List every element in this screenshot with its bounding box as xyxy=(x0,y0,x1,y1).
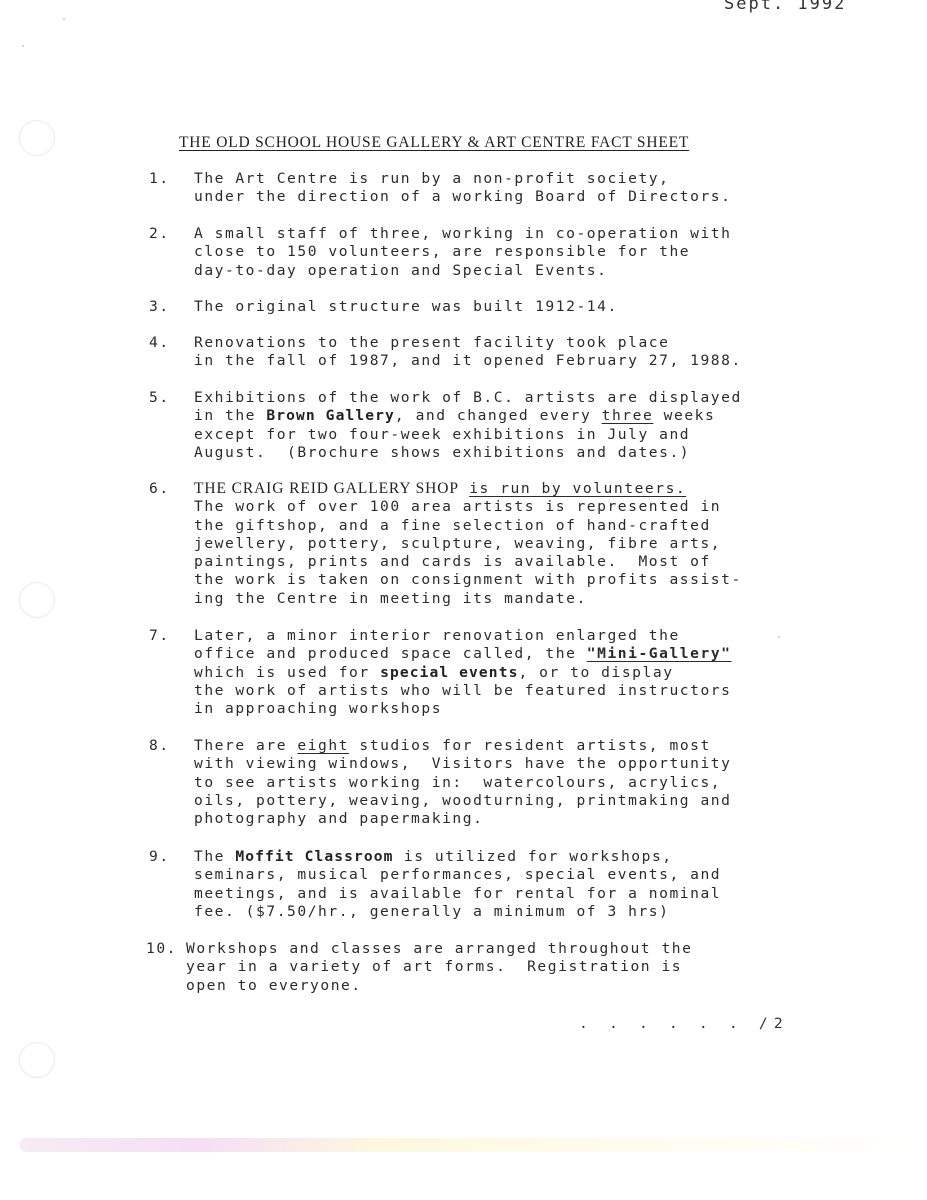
volunteers-underlined: is run by volunteers. xyxy=(469,480,686,497)
eight-underlined: eight xyxy=(297,737,349,754)
fact-item-5: 5.Exhibitions of the work of B.C. artist… xyxy=(149,389,742,462)
fact-item-4: 4.Renovations to the present facility to… xyxy=(149,334,742,371)
item-text: The xyxy=(194,848,235,865)
special-events-emphasis: special events xyxy=(380,664,518,681)
item-number: 10. xyxy=(146,940,186,958)
punch-hole-middle xyxy=(19,582,55,618)
item-line: the giftshop, and a fine selection of ha… xyxy=(194,517,711,534)
item-line: fee. ($7.50/hr., generally a minimum of … xyxy=(194,903,669,920)
punch-hole-top xyxy=(19,120,55,156)
fact-item-9: 9.The Moffit Classroom is utilized for w… xyxy=(149,848,721,921)
three-underlined: three xyxy=(602,407,654,424)
gallery-shop-name: THE CRAIG REID GALLERY SHOP xyxy=(194,480,459,497)
fact-item-1: 1.The Art Centre is run by a non-profit … xyxy=(149,170,731,207)
mini-gallery-emphasis: "Mini-Gallery" xyxy=(587,645,732,662)
fact-item-6: 6.THE CRAIG REID GALLERY SHOP is run by … xyxy=(149,480,742,608)
item-line: ing the Centre in meeting its mandate. xyxy=(194,590,587,607)
item-text: weeks xyxy=(653,407,715,424)
item-text: is utilized for workshops, xyxy=(394,848,673,865)
item-line: close to 150 volunteers, are responsible… xyxy=(194,243,690,260)
moffit-classroom-emphasis: Moffit Classroom xyxy=(235,848,393,865)
item-text: which is used for xyxy=(194,664,380,681)
item-text: , and changed every xyxy=(395,407,602,424)
item-line: paintings, prints and cards is available… xyxy=(194,553,711,570)
item-line: August. (Brochure shows exhibitions and … xyxy=(194,444,690,461)
item-text xyxy=(459,480,469,497)
item-text: in the xyxy=(194,407,266,424)
item-line: The work of over 100 area artists is rep… xyxy=(194,498,721,515)
item-line: except for two four-week exhibitions in … xyxy=(194,426,690,443)
brown-gallery-emphasis: Brown Gallery xyxy=(266,407,395,424)
fact-item-7: 7.Later, a minor interior renovation enl… xyxy=(149,627,732,718)
item-line: Later, a minor interior renovation enlar… xyxy=(194,627,680,644)
item-number: 4. xyxy=(149,334,194,352)
item-number: 8. xyxy=(149,737,194,755)
item-line: The Art Centre is run by a non-profit so… xyxy=(194,170,669,187)
item-line: Renovations to the present facility took… xyxy=(194,334,669,351)
item-line: the work of artists who will be featured… xyxy=(194,682,731,699)
item-number: 2. xyxy=(149,225,194,243)
item-line: to see artists working in: watercolours,… xyxy=(194,774,721,791)
fact-item-10: 10.Workshops and classes are arranged th… xyxy=(146,940,692,995)
item-text: office and produced space called, the xyxy=(194,645,587,662)
scan-streak xyxy=(20,1138,920,1152)
item-line: the work is taken on consignment with pr… xyxy=(194,571,742,588)
item-line: photography and papermaking. xyxy=(194,810,483,827)
item-line: day-to-day operation and Special Events. xyxy=(194,262,607,279)
item-line: jewellery, pottery, sculpture, weaving, … xyxy=(194,535,721,552)
page-title: THE OLD SCHOOL HOUSE GALLERY & ART CENTR… xyxy=(179,134,689,152)
item-number: 6. xyxy=(149,480,194,498)
item-line: open to everyone. xyxy=(186,977,362,994)
fact-item-3: 3.The original structure was built 1912-… xyxy=(149,298,618,316)
item-number: 3. xyxy=(149,298,194,316)
item-line: oils, pottery, weaving, woodturning, pri… xyxy=(194,792,731,809)
item-text: , or to display xyxy=(518,664,673,681)
scan-speck xyxy=(778,636,780,638)
item-line: Workshops and classes are arranged throu… xyxy=(186,940,692,957)
item-number: 1. xyxy=(149,170,194,188)
item-text: There are xyxy=(194,737,297,754)
item-number: 9. xyxy=(149,848,194,866)
scan-speck xyxy=(63,18,65,20)
item-line: under the direction of a working Board o… xyxy=(194,188,731,205)
item-line: The original structure was built 1912-14… xyxy=(194,298,618,315)
item-number: 7. xyxy=(149,627,194,645)
item-line: meetings, and is available for rental fo… xyxy=(194,885,721,902)
item-text: studios for resident artists, most xyxy=(349,737,711,754)
fact-item-8: 8.There are eight studios for resident a… xyxy=(149,737,731,828)
date-stamp: Sept. 1992 xyxy=(724,0,846,14)
item-line: Exhibitions of the work of B.C. artists … xyxy=(194,389,742,406)
item-line: with viewing windows, Visitors have the … xyxy=(194,755,731,772)
item-line: year in a variety of art forms. Registra… xyxy=(186,958,682,975)
item-line: in approaching workshops xyxy=(194,700,442,717)
scan-speck xyxy=(22,45,24,47)
item-number: 5. xyxy=(149,389,194,407)
fact-item-2: 2.A small staff of three, working in co-… xyxy=(149,225,731,280)
item-line: in the fall of 1987, and it opened Febru… xyxy=(194,352,742,369)
item-line: seminars, musical performances, special … xyxy=(194,866,721,883)
item-line: A small staff of three, working in co-op… xyxy=(194,225,731,242)
punch-hole-bottom xyxy=(19,1042,55,1078)
continuation-marker: . . . . . . /2 xyxy=(579,1015,789,1032)
